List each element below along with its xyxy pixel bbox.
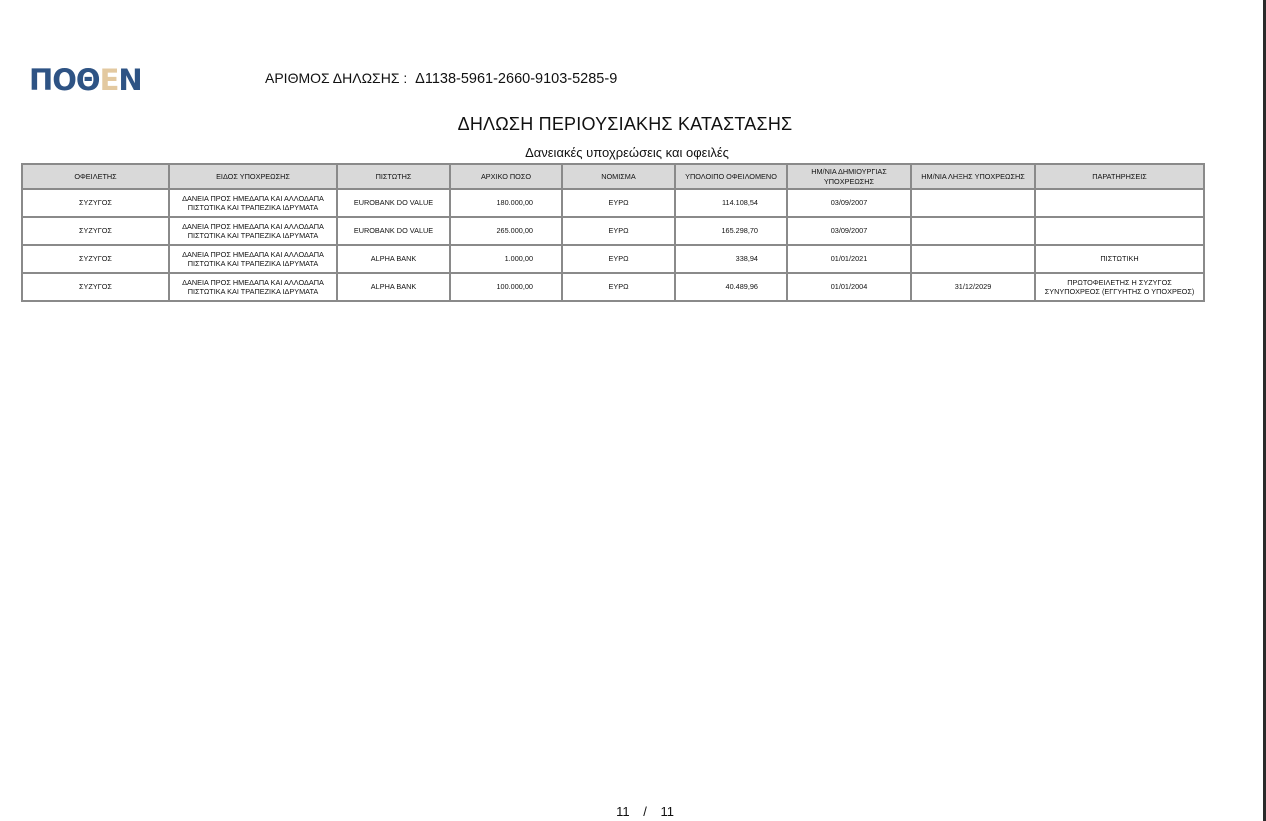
cell-balance: 114.108,54 [675, 189, 787, 217]
cell-remarks [1035, 189, 1204, 217]
column-header-debtor: ΟΦΕΙΛΕΤΗΣ [22, 164, 169, 189]
cell-debtor: ΣΥΖΥΓΟΣ [22, 189, 169, 217]
cell-debtor: ΣΥΖΥΓΟΣ [22, 273, 169, 301]
cell-currency: ΕΥΡΩ [562, 189, 675, 217]
page-indicator: 11 / 11 [0, 804, 1266, 819]
table-row: ΣΥΖΥΓΟΣ ΔΑΝΕΙΑ ΠΡΟΣ ΗΜΕΔΑΠΑ ΚΑΙ ΑΛΛΟΔΑΠΑ… [22, 273, 1204, 301]
section-title: Δανειακές υποχρεώσεις και οφειλές [0, 145, 1254, 160]
logo-text-main: ΠΟΘ [29, 63, 100, 97]
cell-created: 01/01/2004 [787, 273, 911, 301]
cell-initial-amount: 265.000,00 [450, 217, 562, 245]
cell-expires [911, 189, 1035, 217]
cell-balance: 165.298,70 [675, 217, 787, 245]
cell-remarks [1035, 217, 1204, 245]
cell-currency: ΕΥΡΩ [562, 217, 675, 245]
cell-balance: 338,94 [675, 245, 787, 273]
cell-creditor: EUROBANK DO VALUE [337, 217, 450, 245]
cell-balance: 40.489,96 [675, 273, 787, 301]
column-header-currency: ΝΟΜΙΣΜΑ [562, 164, 675, 189]
debts-table: ΟΦΕΙΛΕΤΗΣ ΕΙΔΟΣ ΥΠΟΧΡΕΩΣΗΣ ΠΙΣΤΩΤΗΣ ΑΡΧΙ… [21, 163, 1205, 302]
cell-type: ΔΑΝΕΙΑ ΠΡΟΣ ΗΜΕΔΑΠΑ ΚΑΙ ΑΛΛΟΔΑΠΑ ΠΙΣΤΩΤΙ… [169, 189, 337, 217]
cell-currency: ΕΥΡΩ [562, 245, 675, 273]
column-header-creditor: ΠΙΣΤΩΤΗΣ [337, 164, 450, 189]
column-header-type: ΕΙΔΟΣ ΥΠΟΧΡΕΩΣΗΣ [169, 164, 337, 189]
cell-remarks: ΠΡΩΤΟΦΕΙΛΕΤΗΣ Η ΣΥΖΥΓΟΣ ΣΥΝΥΠΟΧΡΕΟΣ (ΕΓΓ… [1035, 273, 1204, 301]
cell-debtor: ΣΥΖΥΓΟΣ [22, 217, 169, 245]
cell-created: 03/09/2007 [787, 189, 911, 217]
cell-created: 03/09/2007 [787, 217, 911, 245]
logo-text-end: Ν [118, 63, 141, 97]
cell-type: ΔΑΝΕΙΑ ΠΡΟΣ ΗΜΕΔΑΠΑ ΚΑΙ ΑΛΛΟΔΑΠΑ ΠΙΣΤΩΤΙ… [169, 245, 337, 273]
total-pages: 11 [660, 804, 674, 819]
cell-initial-amount: 1.000,00 [450, 245, 562, 273]
cell-currency: ΕΥΡΩ [562, 273, 675, 301]
cell-initial-amount: 100.000,00 [450, 273, 562, 301]
document-title: ΔΗΛΩΣΗ ΠΕΡΙΟΥΣΙΑΚΗΣ ΚΑΤΑΣΤΑΣΗΣ [0, 114, 1250, 135]
cell-type: ΔΑΝΕΙΑ ΠΡΟΣ ΗΜΕΔΑΠΑ ΚΑΙ ΑΛΛΟΔΑΠΑ ΠΙΣΤΩΤΙ… [169, 273, 337, 301]
cell-initial-amount: 180.000,00 [450, 189, 562, 217]
cell-remarks: ΠΙΣΤΩΤΙΚΗ [1035, 245, 1204, 273]
declaration-number: ΑΡΙΘΜΟΣ ΔΗΛΩΣΗΣ : Δ1138-5961-2660-9103-5… [265, 70, 617, 87]
cell-expires [911, 245, 1035, 273]
cell-debtor: ΣΥΖΥΓΟΣ [22, 245, 169, 273]
column-header-remarks: ΠΑΡΑΤΗΡΗΣΕΙΣ [1035, 164, 1204, 189]
table-row: ΣΥΖΥΓΟΣ ΔΑΝΕΙΑ ΠΡΟΣ ΗΜΕΔΑΠΑ ΚΑΙ ΑΛΛΟΔΑΠΑ… [22, 245, 1204, 273]
table-row: ΣΥΖΥΓΟΣ ΔΑΝΕΙΑ ΠΡΟΣ ΗΜΕΔΑΠΑ ΚΑΙ ΑΛΛΟΔΑΠΑ… [22, 189, 1204, 217]
column-header-expires: ΗΜ/ΝΙΑ ΛΗΞΗΣ ΥΠΟΧΡΕΩΣΗΣ [911, 164, 1035, 189]
cell-expires: 31/12/2029 [911, 273, 1035, 301]
cell-expires [911, 217, 1035, 245]
cell-creditor: EUROBANK DO VALUE [337, 189, 450, 217]
current-page: 11 [616, 804, 630, 819]
column-header-initial-amount: ΑΡΧΙΚΟ ΠΟΣΟ [450, 164, 562, 189]
declaration-number-value: Δ1138-5961-2660-9103-5285-9 [415, 71, 617, 87]
page-separator: / [643, 804, 647, 819]
logo-text-accent: Ε [100, 63, 119, 97]
cell-creditor: ALPHA BANK [337, 273, 450, 301]
declaration-number-label: ΑΡΙΘΜΟΣ ΔΗΛΩΣΗΣ : [265, 70, 407, 86]
pothen-logo: ΠΟΘΕΝ [29, 63, 142, 97]
cell-creditor: ALPHA BANK [337, 245, 450, 273]
table-header-row: ΟΦΕΙΛΕΤΗΣ ΕΙΔΟΣ ΥΠΟΧΡΕΩΣΗΣ ΠΙΣΤΩΤΗΣ ΑΡΧΙ… [22, 164, 1204, 189]
table-row: ΣΥΖΥΓΟΣ ΔΑΝΕΙΑ ΠΡΟΣ ΗΜΕΔΑΠΑ ΚΑΙ ΑΛΛΟΔΑΠΑ… [22, 217, 1204, 245]
cell-created: 01/01/2021 [787, 245, 911, 273]
column-header-balance: ΥΠΟΛΟΙΠΟ ΟΦΕΙΛΟΜΕΝΟ [675, 164, 787, 189]
column-header-created: ΗΜ/ΝΙΑ ΔΗΜΙΟΥΡΓΙΑΣ ΥΠΟΧΡΕΩΣΗΣ [787, 164, 911, 189]
cell-type: ΔΑΝΕΙΑ ΠΡΟΣ ΗΜΕΔΑΠΑ ΚΑΙ ΑΛΛΟΔΑΠΑ ΠΙΣΤΩΤΙ… [169, 217, 337, 245]
